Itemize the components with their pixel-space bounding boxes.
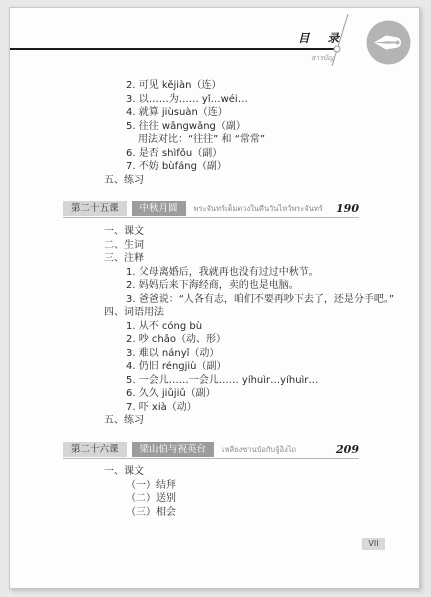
toc-line: 4. 就算 jiùsuàn（连）: [10, 106, 390, 120]
toc-line: 二、生词: [10, 239, 390, 253]
toc-line: （二）送别: [10, 492, 390, 506]
toc-line: 5. 一会儿……一会儿…… yíhuìr…yíhuìr…: [10, 374, 390, 388]
toc-line: 3. 爸爸说：“人各有志，咱们不要再吵下去了，还是分手吧。”: [10, 293, 390, 307]
lesson-number-badge: 第二十六课: [63, 442, 127, 457]
page-number-badge: VII: [362, 538, 385, 550]
lesson-title-badge: 中秋月圆: [132, 201, 186, 216]
toc-line: （三）相会: [10, 506, 390, 520]
toc-list-previous-lesson: 2. 可见 kějiàn（连） 3. 以……为…… yǐ…wéi… 4. 就算 …: [10, 79, 390, 187]
toc-line: 五、练习: [10, 174, 390, 188]
toc-line: 6. 是否 shìfǒu（副）: [10, 147, 390, 161]
toc-line: 四、词语用法: [10, 306, 390, 320]
lesson-title-thai: เหลียงซานป๋อกับจู้อิงไถ: [222, 444, 296, 458]
lesson-title-thai: พระจันทร์เต็มดวงในคืนวันไหว้พระจันทร์: [194, 203, 323, 217]
toc-list-lesson-25: 一、课文 二、生词 三、注释 1. 父母离婚后，我就再也没有过过中秋节。 2. …: [10, 225, 390, 428]
toc-line: 7. 不妨 bùfáng（副）: [10, 160, 390, 174]
toc-line: （一）结拜: [10, 479, 390, 493]
toc-line: 4. 仍旧 réngjiù（副）: [10, 360, 390, 374]
lesson-title-badge: 梁山伯与祝英台: [132, 442, 215, 457]
toc-line: 3. 难以 nányǐ（动）: [10, 347, 390, 361]
toc-line: 一、课文: [10, 465, 390, 479]
toc-line: 2. 可见 kějiàn（连）: [10, 79, 390, 93]
toc-list-lesson-26: 一、课文 （一）结拜 （二）送别 （三）相会: [10, 465, 390, 519]
lesson-page-number: 190: [336, 202, 359, 215]
toc-line: 用法对比：“往往” 和 “常常”: [10, 133, 390, 147]
lesson-page-number: 209: [336, 443, 359, 456]
scanned-textbook-page: { "colors": { "band_label_bg": "#d5d5d5"…: [0, 0, 431, 597]
toc-line: 3. 以……为…… yǐ…wéi…: [10, 93, 390, 107]
page: 目 录 สารบัญ 2. 可见 kějiàn（连） 3. 以……为…… yǐ……: [9, 7, 420, 589]
page-subtitle-thai: สารบัญ: [311, 53, 333, 64]
toc-line: 5. 往往 wǎngwǎng（副）: [10, 120, 390, 134]
lesson-number-badge: 第二十五课: [63, 201, 127, 216]
toc-line: 三、注释: [10, 252, 390, 266]
toc-line: 2. 妈妈后来下海经商，卖的也是电脑。: [10, 279, 390, 293]
header-rule: [10, 48, 340, 50]
pen-nib-icon: [366, 20, 411, 65]
toc-line: 一、课文: [10, 225, 390, 239]
toc-line: 7. 吓 xià（动）: [10, 401, 390, 415]
toc-line: 6. 久久 jiǔjiǔ（副）: [10, 387, 390, 401]
page-title: 目 录: [298, 30, 346, 46]
lesson-25-header-band: 第二十五课 中秋月圆 พระจันทร์เต็มดวงในคืนวันไหว้พ…: [63, 200, 359, 218]
lesson-26-header-band: 第二十六课 梁山伯与祝英台 เหลียงซานป๋อกับจู้อิงไถ 20…: [63, 441, 359, 459]
toc-line: 1. 父母离婚后，我就再也没有过过中秋节。: [10, 266, 390, 280]
toc-line: 1. 从不 cóng bù: [10, 320, 390, 334]
toc-line: 2. 吵 chǎo（动、形）: [10, 333, 390, 347]
toc-line: 五、练习: [10, 414, 390, 428]
